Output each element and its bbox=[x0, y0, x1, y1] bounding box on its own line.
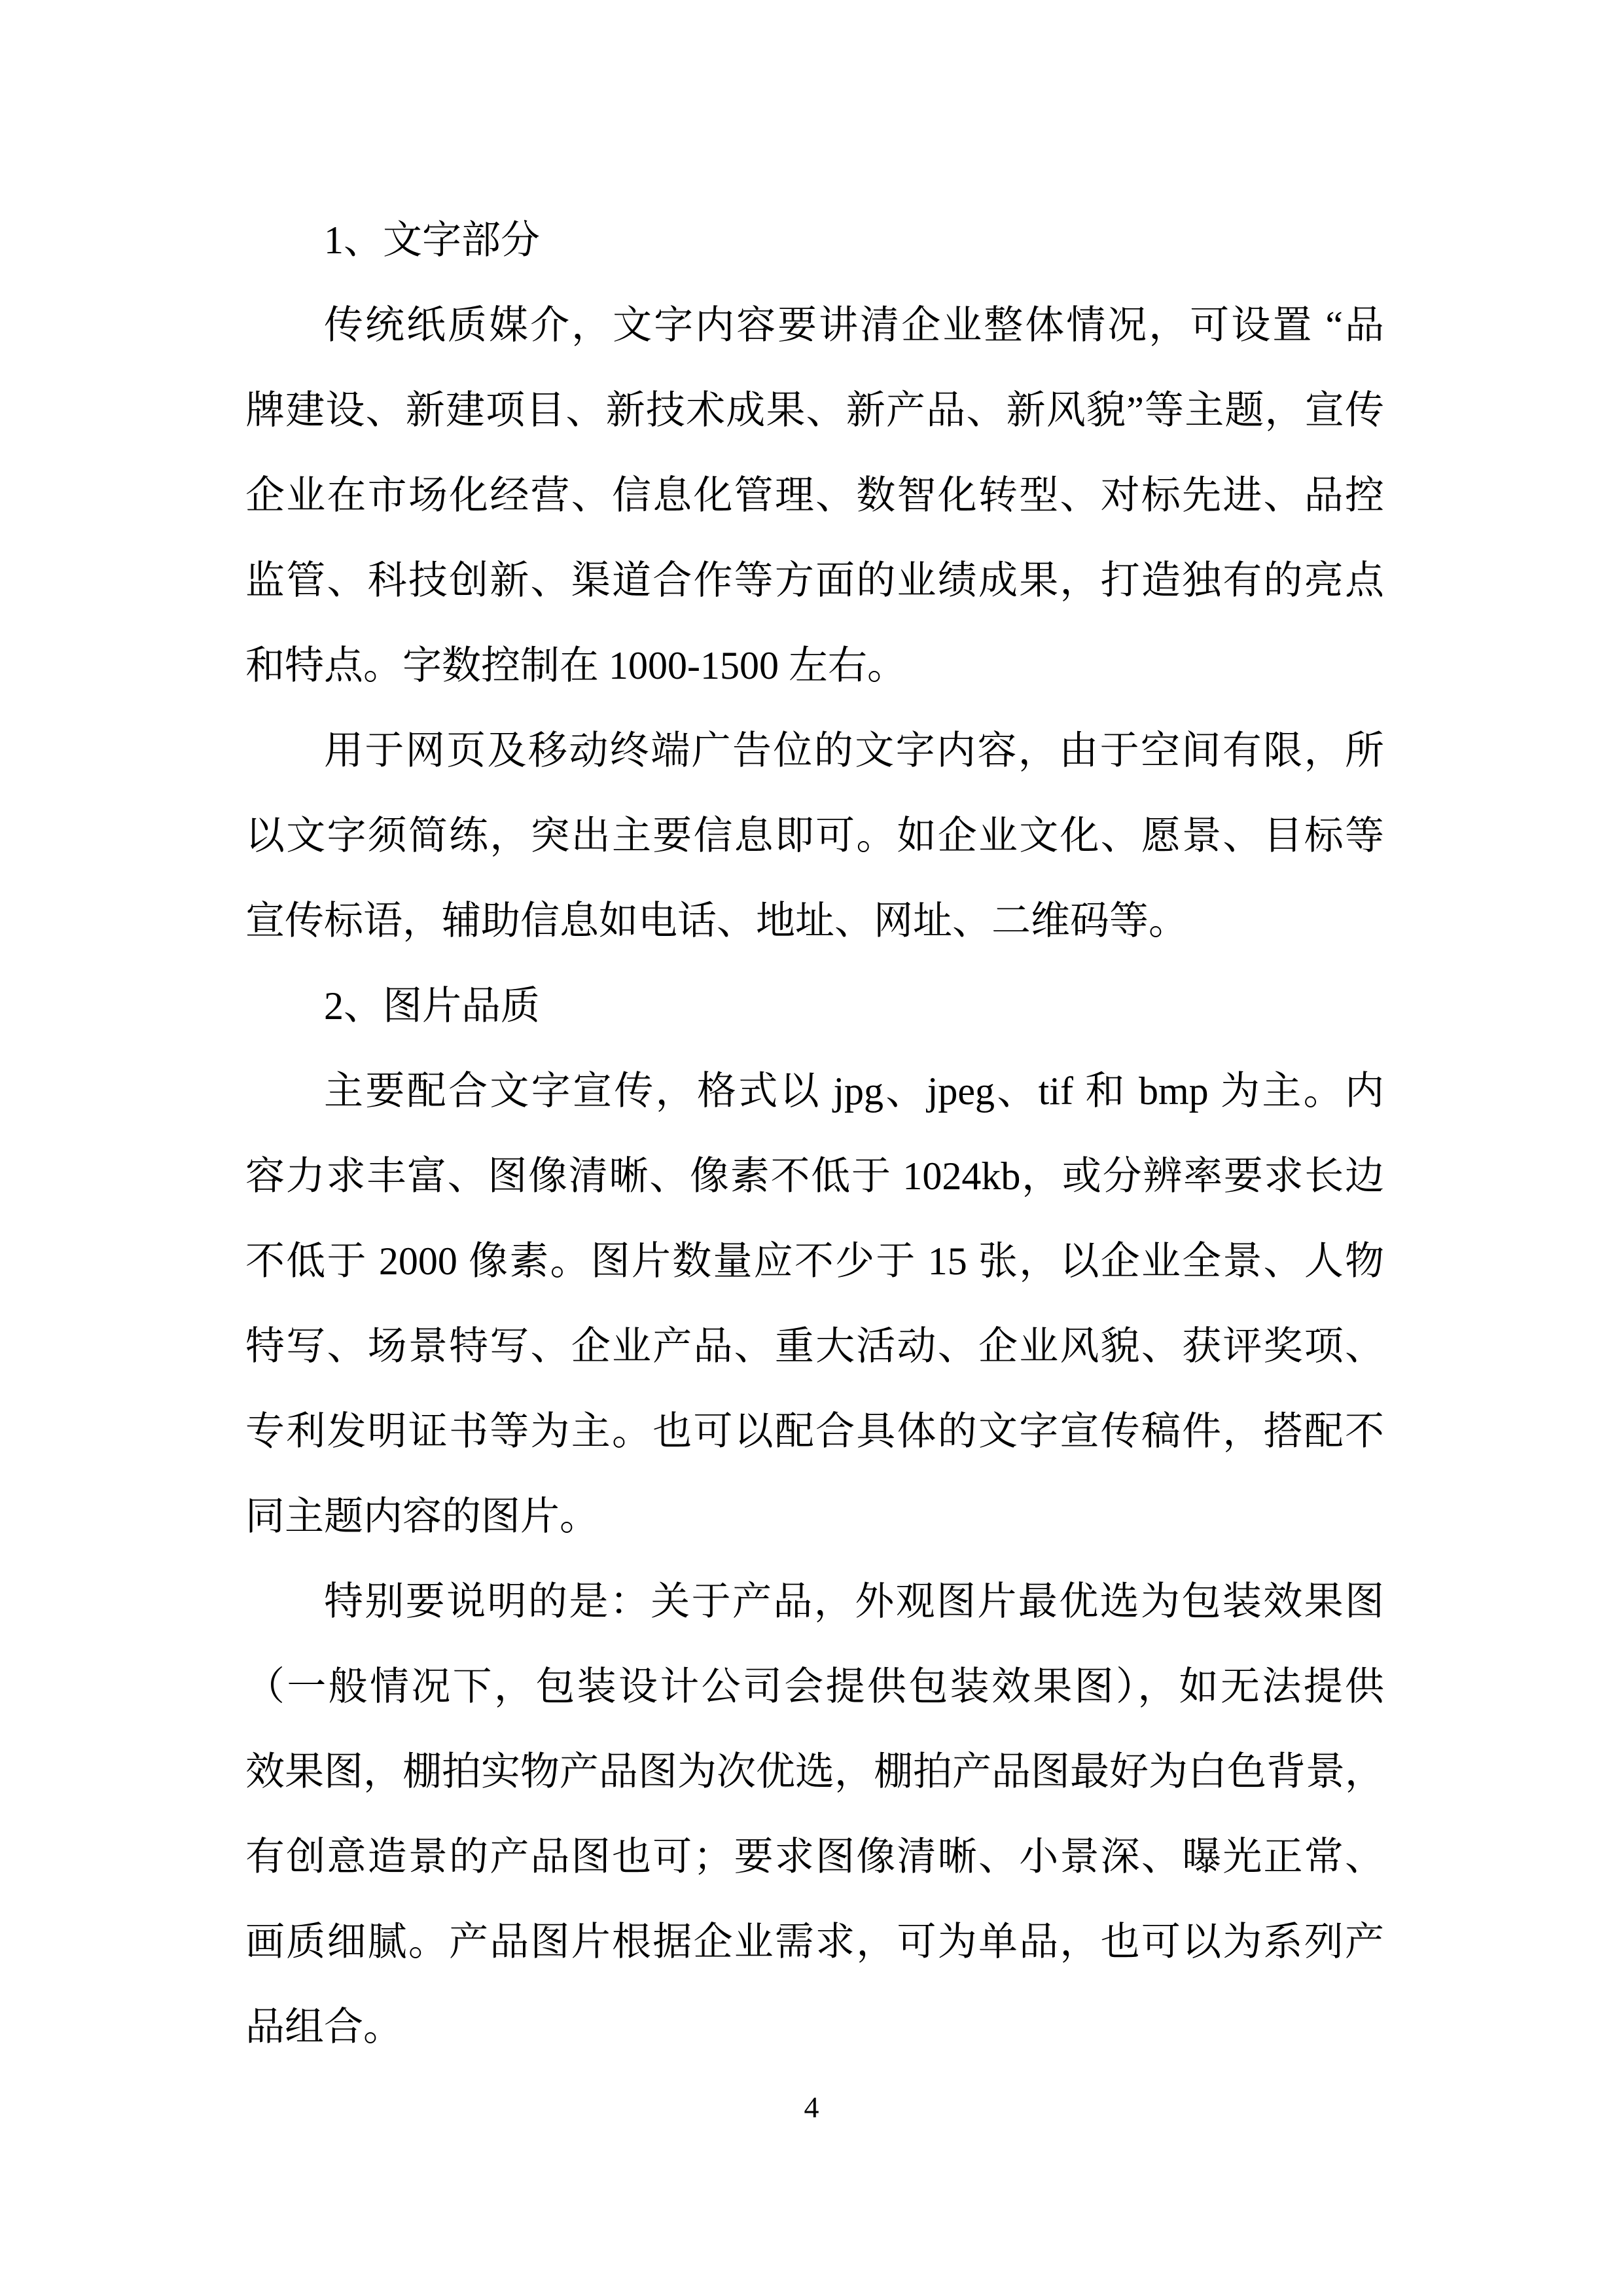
paragraph-line: 同主题内容的图片。 bbox=[245, 1474, 1384, 1559]
paragraph-line: 牌建设、新建项目、新技术成果、新产品、新风貌”等主题，宣传 bbox=[245, 368, 1384, 453]
paragraph-line: 用于网页及移动终端广告位的文字内容，由于空间有限，所 bbox=[245, 708, 1384, 793]
paragraph-line: 特写、场景特写、企业产品、重大活动、企业风貌、获评奖项、 bbox=[245, 1304, 1384, 1389]
paragraph-line: 企业在市场化经营、信息化管理、数智化转型、对标先进、品控 bbox=[245, 453, 1384, 538]
document-body: 1、文字部分传统纸质媒介，文字内容要讲清企业整体情况，可设置 “品牌建设、新建项… bbox=[245, 198, 1384, 2070]
paragraph-line: 和特点。字数控制在 1000-1500 左右。 bbox=[245, 623, 1384, 708]
paragraph-line: 监管、科技创新、渠道合作等方面的业绩成果，打造独有的亮点 bbox=[245, 538, 1384, 623]
paragraph-line: （一般情况下，包装设计公司会提供包装效果图），如无法提供 bbox=[245, 1644, 1384, 1729]
section-heading: 1、文字部分 bbox=[245, 198, 1384, 283]
document-page: 1、文字部分传统纸质媒介，文字内容要讲清企业整体情况，可设置 “品牌建设、新建项… bbox=[0, 0, 1623, 2296]
paragraph-line: 传统纸质媒介，文字内容要讲清企业整体情况，可设置 “品 bbox=[245, 283, 1384, 368]
paragraph-line: 主要配合文字宣传，格式以 jpg、jpeg、tif 和 bmp 为主。内 bbox=[245, 1049, 1384, 1134]
paragraph-line: 品组合。 bbox=[245, 1984, 1384, 2070]
paragraph-line: 容力求丰富、图像清晰、像素不低于 1024kb，或分辨率要求长边 bbox=[245, 1134, 1384, 1219]
paragraph-line: 不低于 2000 像素。图片数量应不少于 15 张，以企业全景、人物 bbox=[245, 1219, 1384, 1304]
paragraph-line: 效果图，棚拍实物产品图为次优选，棚拍产品图最好为白色背景， bbox=[245, 1729, 1384, 1814]
paragraph-line: 专利发明证书等为主。也可以配合具体的文字宣传稿件，搭配不 bbox=[245, 1389, 1384, 1474]
paragraph-line: 以文字须简练，突出主要信息即可。如企业文化、愿景、目标等 bbox=[245, 793, 1384, 878]
paragraph-line: 画质细腻。产品图片根据企业需求，可为单品，也可以为系列产 bbox=[245, 1899, 1384, 1984]
paragraph-line: 有创意造景的产品图也可；要求图像清晰、小景深、曝光正常、 bbox=[245, 1814, 1384, 1899]
paragraph-line: 特别要说明的是：关于产品，外观图片最优选为包装效果图 bbox=[245, 1559, 1384, 1644]
section-heading: 2、图片品质 bbox=[245, 963, 1384, 1049]
paragraph-line: 宣传标语，辅助信息如电话、地址、网址、二维码等。 bbox=[245, 878, 1384, 963]
page-number: 4 bbox=[0, 2088, 1623, 2127]
